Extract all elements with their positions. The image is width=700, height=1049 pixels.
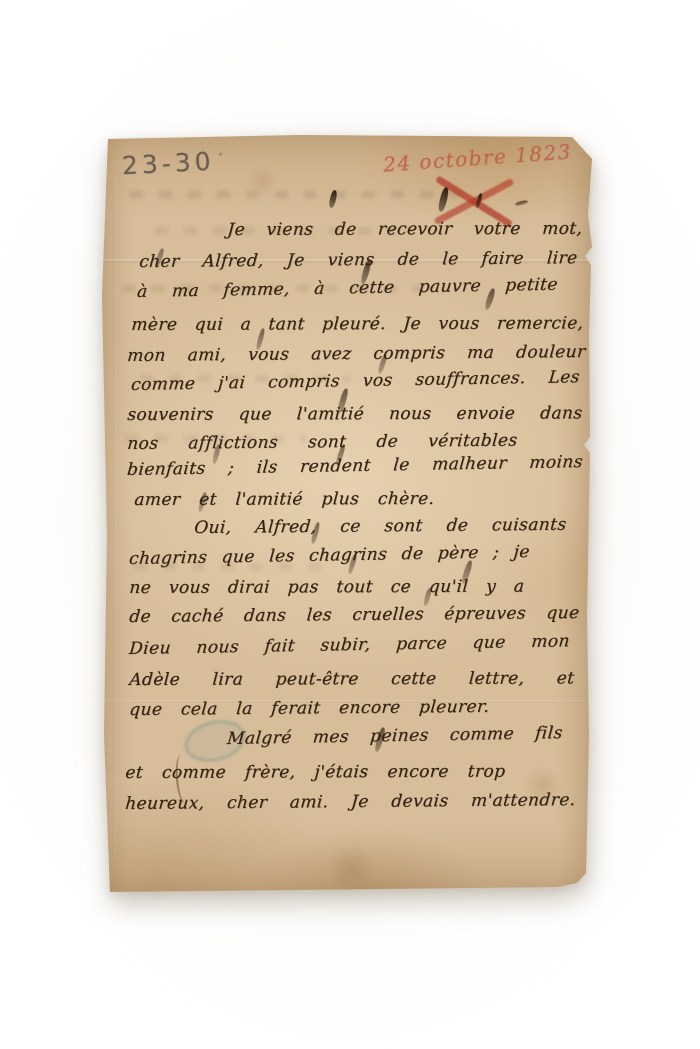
letter-sheet-shadow: 23-30 * 24 octobre 1823 [100, 135, 592, 892]
letter-line: mère qui a tant pleuré. Je vous remercie… [130, 313, 584, 341]
letter-line: ne vous dirai pas tout ce qu'il y a [128, 577, 525, 604]
photo-background: 23-30 * 24 octobre 1823 [0, 0, 700, 1049]
letter-body: Je viens de recevoir votre mot, cher Alf… [100, 135, 592, 892]
letter-line: cher Alfred, Je viens de le faire lire [138, 248, 578, 278]
letter-line: Oui, Alfred, ce sont de cuisants [193, 515, 567, 544]
letter-line: que cela la ferait encore pleurer. [128, 697, 490, 726]
letter-line: Malgré mes peines comme fils [226, 723, 564, 755]
letter-line: heureux, cher ami. Je devais m'attendre. [124, 790, 576, 820]
letter-line: souvenirs que l'amitié nous envoie dans [126, 403, 583, 431]
letter-line: comme j'ai compris vos souffrances. Les [130, 367, 581, 401]
letter-line: de caché dans les cruelles épreuves que [128, 603, 580, 633]
letter-line: chagrins que les chagrins de père ; je [128, 542, 531, 575]
letter-line: Dieu nous fait subir, parce que mon [128, 631, 571, 665]
letter-sheet: 23-30 * 24 octobre 1823 [100, 135, 592, 892]
letter-line: Adèle lira peut-être cette lettre, et [128, 668, 575, 696]
letter-line: à ma femme, à cette pauvre petite [136, 275, 559, 308]
letter-line: amer et l'amitié plus chère. [133, 489, 435, 516]
letter-line: et comme frère, j'étais encore trop [124, 762, 506, 789]
letter-line: Je viens de recevoir votre mot, [226, 219, 583, 246]
